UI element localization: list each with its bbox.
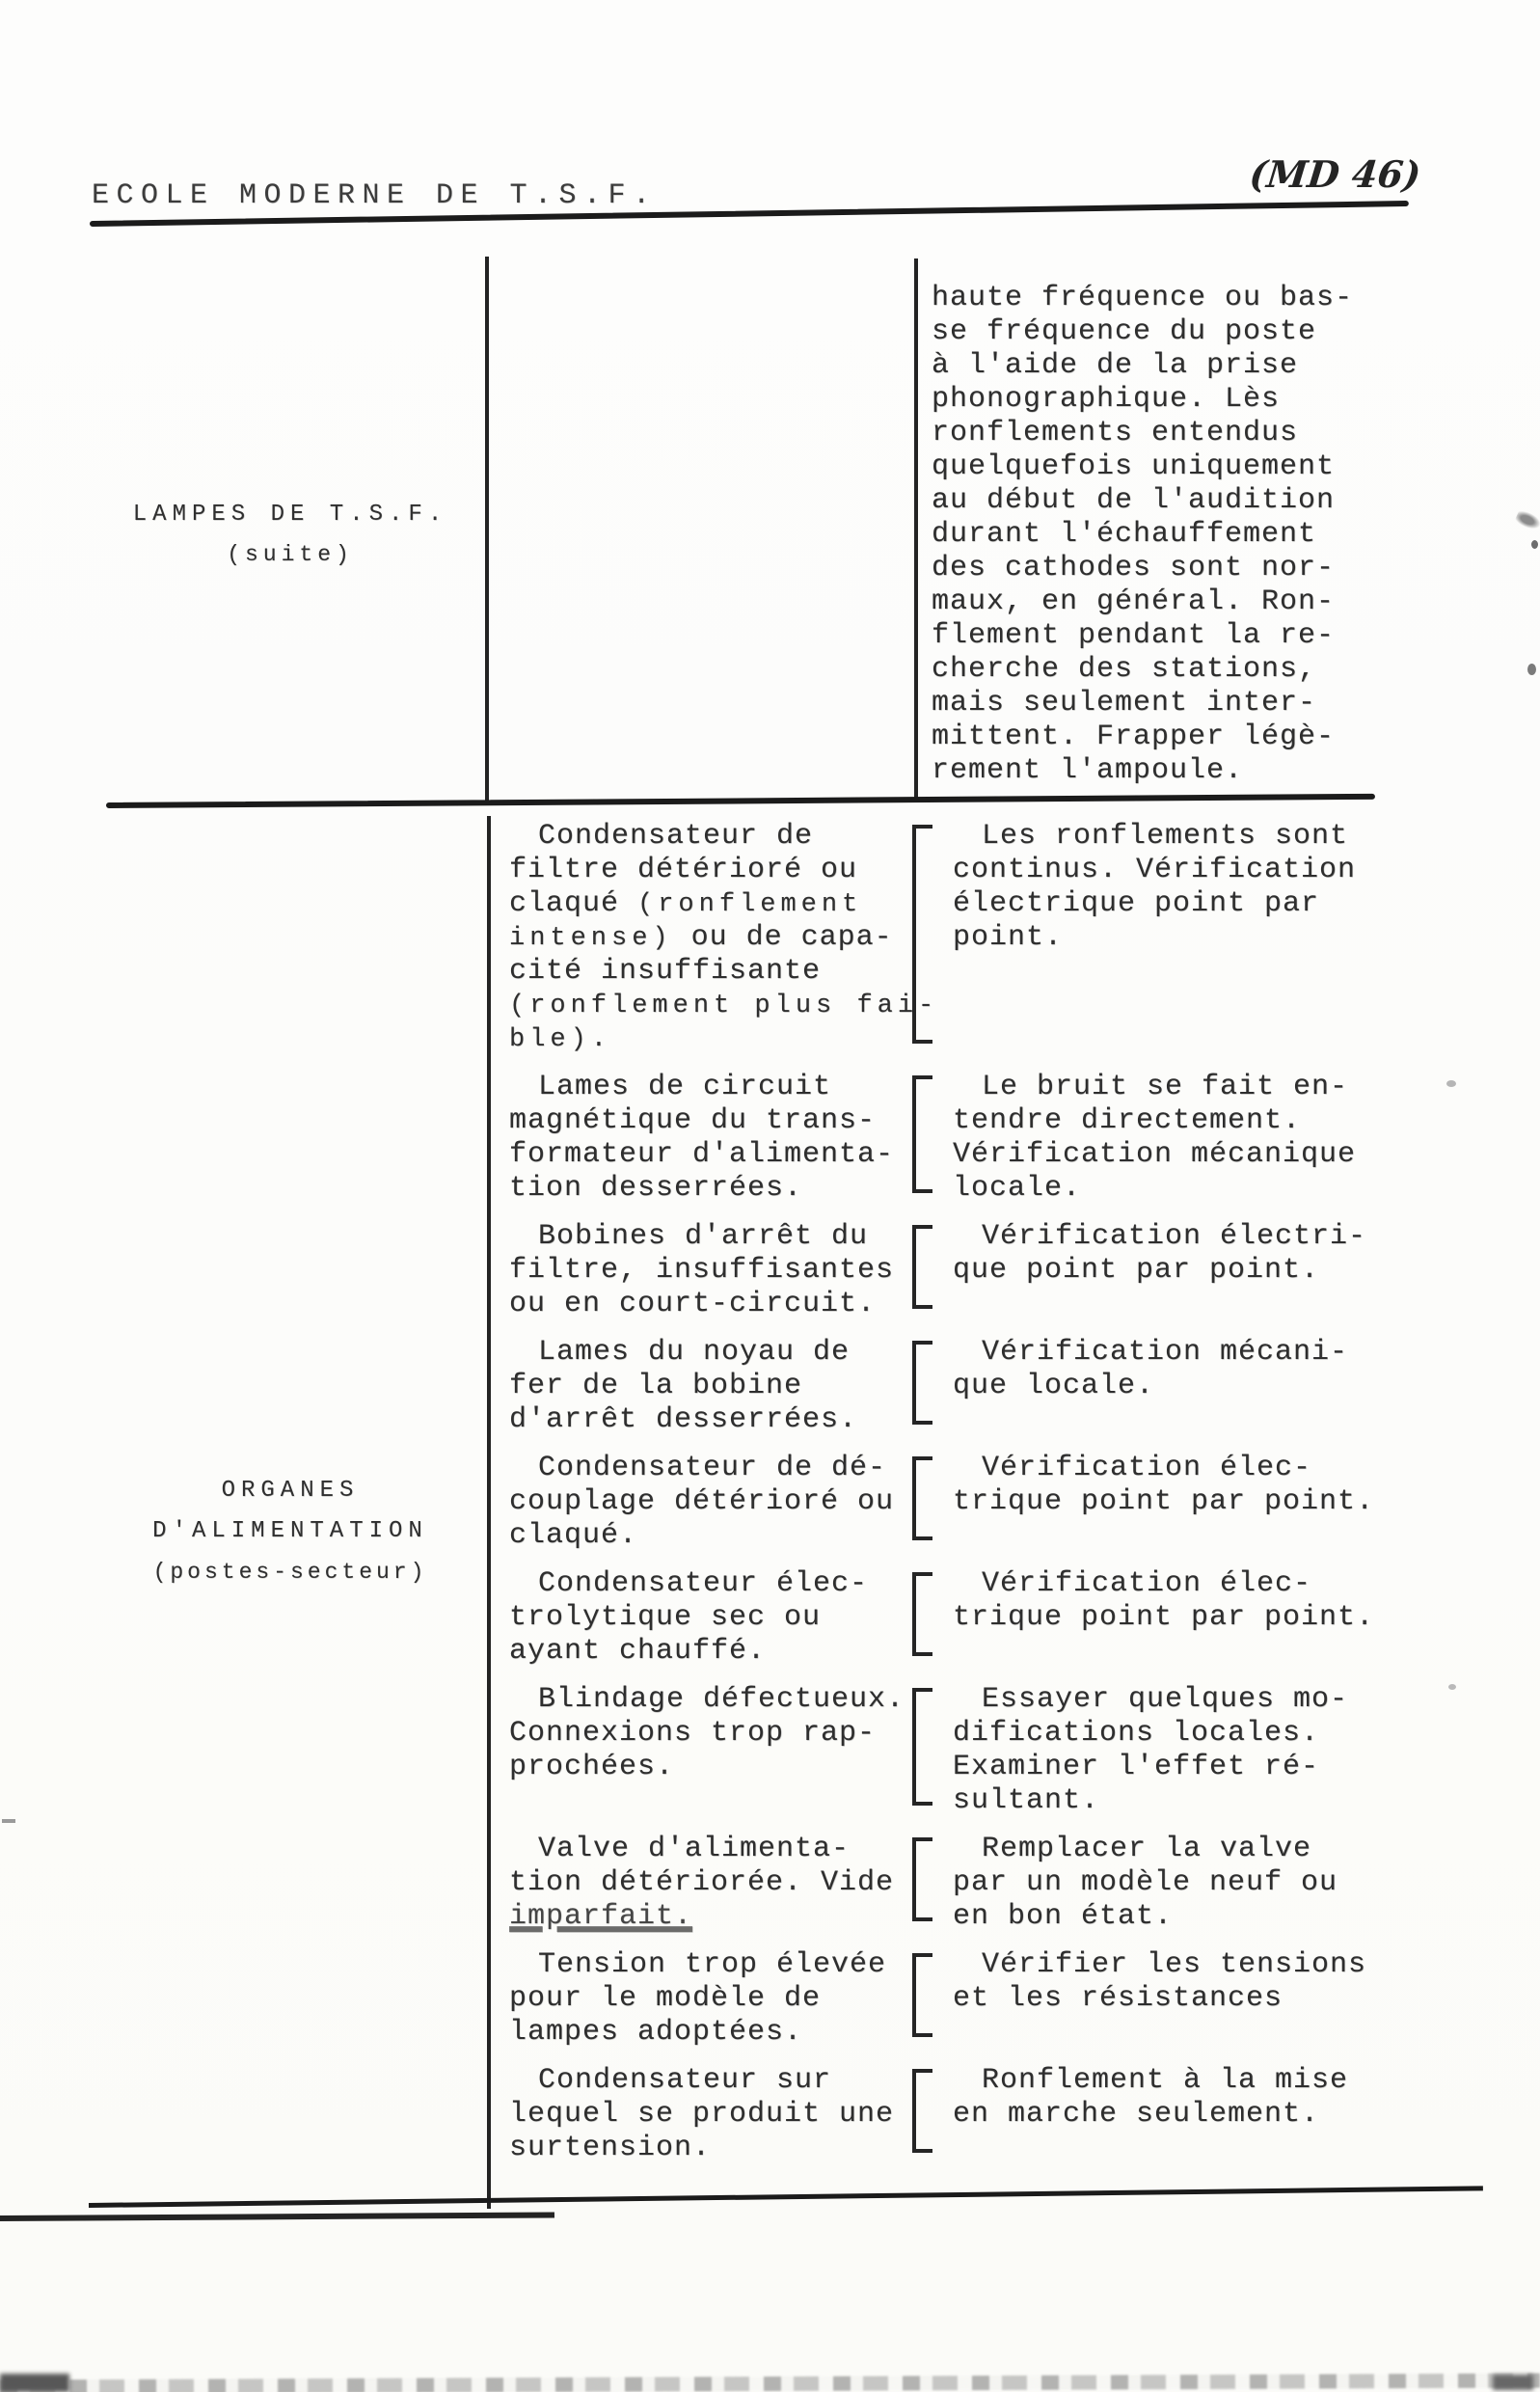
- remedy-line: sultant.: [953, 1784, 1493, 1818]
- remedy-bracket: [912, 2069, 932, 2153]
- remedy-bracket: [912, 1456, 932, 1540]
- cause-line: Lames de circuit: [509, 1071, 918, 1104]
- remedy-bracket: [912, 1953, 932, 2037]
- remedy-line: en marche seulement.: [953, 2098, 1493, 2132]
- remedy-line: continus. Vérification: [953, 854, 1493, 887]
- remedy-bracket: [912, 1572, 932, 1656]
- remedy-text: Vérifier les tensionset les résistances: [953, 1948, 1493, 2016]
- cause-line: claqué (ronflement: [509, 887, 918, 921]
- remedy-line: tendre directement.: [953, 1104, 1493, 1138]
- cause-line: claqué.: [509, 1519, 918, 1553]
- scan-speck: [1527, 664, 1536, 675]
- remedy-line: que point par point.: [953, 1254, 1493, 1288]
- remedy-line: Le bruit se fait en-: [953, 1071, 1493, 1104]
- remedy-line: Ronflement à la mise: [953, 2064, 1493, 2098]
- cause-text: Blindage défectueux.Connexions trop rap-…: [509, 1683, 918, 1784]
- remedy-line: Vérifier les tensions: [953, 1948, 1493, 1982]
- remedy-bracket: [912, 1075, 932, 1193]
- remedy-line: Les ronflements sont: [953, 820, 1493, 854]
- row2-block: Bobines d'arrêt dufiltre, insuffisanteso…: [0, 1220, 1540, 1321]
- cause-line: ou en court-circuit.: [509, 1288, 918, 1321]
- cause-line: Valve d'alimenta-: [509, 1833, 918, 1866]
- cause-segment: imparfait.: [509, 1900, 692, 1933]
- remedy-line: locale.: [953, 1172, 1493, 1206]
- remedy-text: Remplacer la valvepar un modèle neuf oue…: [953, 1833, 1493, 1934]
- cause-text: Valve d'alimenta-tion détériorée. Videim…: [509, 1833, 918, 1934]
- remedy-text: Le bruit se fait en-tendre directement.V…: [953, 1071, 1493, 1206]
- cause-line: intense) ou de capa-: [509, 921, 918, 955]
- row2-block: Condensateur de dé-couplage détérioré ou…: [0, 1452, 1540, 1553]
- row2-block: Blindage défectueux.Connexions trop rap-…: [0, 1683, 1540, 1818]
- cause-line: lequel se produit une: [509, 2098, 918, 2132]
- cause-segment: ble).: [509, 1025, 611, 1054]
- remedy-line: électrique point par: [953, 887, 1493, 921]
- remedy-line: que locale.: [953, 1370, 1493, 1403]
- cause-text: Bobines d'arrêt dufiltre, insuffisanteso…: [509, 1220, 918, 1321]
- remedy-text: Les ronflements sontcontinus. Vérificati…: [953, 820, 1493, 955]
- cause-text: Condensateur surlequel se produit unesur…: [509, 2064, 918, 2165]
- cause-line: filtre, insuffisantes: [509, 1254, 918, 1288]
- cause-line: Condensateur sur: [509, 2064, 918, 2098]
- cause-line: Lames du noyau de: [509, 1336, 918, 1370]
- remedy-text: Vérification électri-que point par point…: [953, 1220, 1493, 1288]
- remedy-line: trique point par point.: [953, 1601, 1493, 1635]
- row2-block: Tension trop élevéepour le modèle delamp…: [0, 1948, 1540, 2050]
- remedy-text: Vérification élec-trique point par point…: [953, 1452, 1493, 1519]
- cause-line: tion desserrées.: [509, 1172, 918, 1206]
- row2-block: Lames de circuitmagnétique du trans-form…: [0, 1071, 1540, 1206]
- row2-block: Condensateur surlequel se produit unesur…: [0, 2064, 1540, 2165]
- cause-line: tion détériorée. Vide: [509, 1866, 918, 1900]
- cause-line: ble).: [509, 1022, 918, 1056]
- remedy-line: Remplacer la valve: [953, 1833, 1493, 1866]
- remedy-line: en bon état.: [953, 1900, 1493, 1934]
- cause-line: Tension trop élevée: [509, 1948, 918, 1982]
- remedy-line: Examiner l'effet ré-: [953, 1751, 1493, 1784]
- scan-edge-blob-right: [1493, 2375, 1533, 2390]
- cause-segment: intense): [509, 924, 673, 953]
- cause-line: fer de la bobine: [509, 1370, 918, 1403]
- cause-line: lampes adoptées.: [509, 2016, 918, 2050]
- cause-text: Lames du noyau defer de la bobined'arrêt…: [509, 1336, 918, 1437]
- remedy-line: Essayer quelques mo-: [953, 1683, 1493, 1717]
- remedy-bracket: [912, 1688, 932, 1806]
- cause-line: prochées.: [509, 1751, 918, 1784]
- cause-line: formateur d'alimenta-: [509, 1138, 918, 1172]
- scan-speck: [1446, 1080, 1456, 1087]
- remedy-line: difications locales.: [953, 1717, 1493, 1751]
- remedy-line: Vérification mécani-: [953, 1336, 1493, 1370]
- remedy-line: point.: [953, 921, 1493, 955]
- cause-segment: (ronflement plus fai-: [509, 992, 938, 1020]
- cause-line: imparfait.: [509, 1900, 918, 1934]
- remedy-line: et les résistances: [953, 1982, 1493, 2016]
- cause-line: Blindage défectueux.: [509, 1683, 918, 1717]
- remedy-line: Vérification électri-: [953, 1220, 1493, 1254]
- cause-segment: (ronflement: [637, 890, 862, 919]
- row2-block: Condensateur élec-trolytique sec ouayant…: [0, 1567, 1540, 1669]
- cause-text: Condensateur defiltre détérioré ouclaqué…: [509, 820, 918, 1056]
- cause-line: Bobines d'arrêt du: [509, 1220, 918, 1254]
- scan-speck: [2, 1819, 15, 1823]
- remedy-bracket: [912, 1225, 932, 1309]
- cause-line: magnétique du trans-: [509, 1104, 918, 1138]
- cause-line: cité insuffisante: [509, 955, 918, 989]
- remedy-text: Ronflement à la miseen marche seulement.: [953, 2064, 1493, 2132]
- cause-line: Condensateur de: [509, 820, 918, 854]
- row2-block: Lames du noyau defer de la bobined'arrêt…: [0, 1336, 1540, 1437]
- cause-line: d'arrêt desserrées.: [509, 1403, 918, 1437]
- remedy-bracket: [912, 1341, 932, 1425]
- cause-line: trolytique sec ou: [509, 1601, 918, 1635]
- scanned-document-page: ECOLE MODERNE DE T.S.F. (MD 46) LAMPES D…: [0, 0, 1540, 2392]
- remedy-text: Essayer quelques mo-difications locales.…: [953, 1683, 1493, 1818]
- row2-blocks: Condensateur defiltre détérioré ouclaqué…: [0, 0, 1540, 2392]
- cause-line: couplage détérioré ou: [509, 1485, 918, 1519]
- remedy-bracket: [912, 825, 932, 1044]
- cause-line: filtre détérioré ou: [509, 854, 918, 887]
- remedy-line: Vérification élec-: [953, 1567, 1493, 1601]
- cause-text: Lames de circuitmagnétique du trans-form…: [509, 1071, 918, 1206]
- cause-text: Condensateur élec-trolytique sec ouayant…: [509, 1567, 918, 1669]
- cause-text: Condensateur de dé-couplage détérioré ou…: [509, 1452, 918, 1553]
- cause-line: Condensateur de dé-: [509, 1452, 918, 1485]
- remedy-line: par un modèle neuf ou: [953, 1866, 1493, 1900]
- row2-block: Condensateur defiltre détérioré ouclaqué…: [0, 820, 1540, 1056]
- scan-speck: [1531, 540, 1538, 549]
- remedy-text: Vérification mécani-que locale.: [953, 1336, 1493, 1403]
- remedy-line: Vérification élec-: [953, 1452, 1493, 1485]
- remedy-text: Vérification élec-trique point par point…: [953, 1567, 1493, 1635]
- cause-line: Condensateur élec-: [509, 1567, 918, 1601]
- remedy-line: trique point par point.: [953, 1485, 1493, 1519]
- cause-line: Connexions trop rap-: [509, 1717, 918, 1751]
- remedy-bracket: [912, 1837, 932, 1921]
- cause-text: Tension trop élevéepour le modèle delamp…: [509, 1948, 918, 2050]
- cause-line: ayant chauffé.: [509, 1635, 918, 1669]
- row2-block: Valve d'alimenta-tion détériorée. Videim…: [0, 1833, 1540, 1934]
- cause-line: surtension.: [509, 2132, 918, 2165]
- scan-edge-blob-left: [0, 2374, 69, 2392]
- cause-line: pour le modèle de: [509, 1982, 918, 2016]
- scan-speck: [1448, 1684, 1456, 1690]
- remedy-line: Vérification mécanique: [953, 1138, 1493, 1172]
- cause-line: (ronflement plus fai-: [509, 989, 918, 1022]
